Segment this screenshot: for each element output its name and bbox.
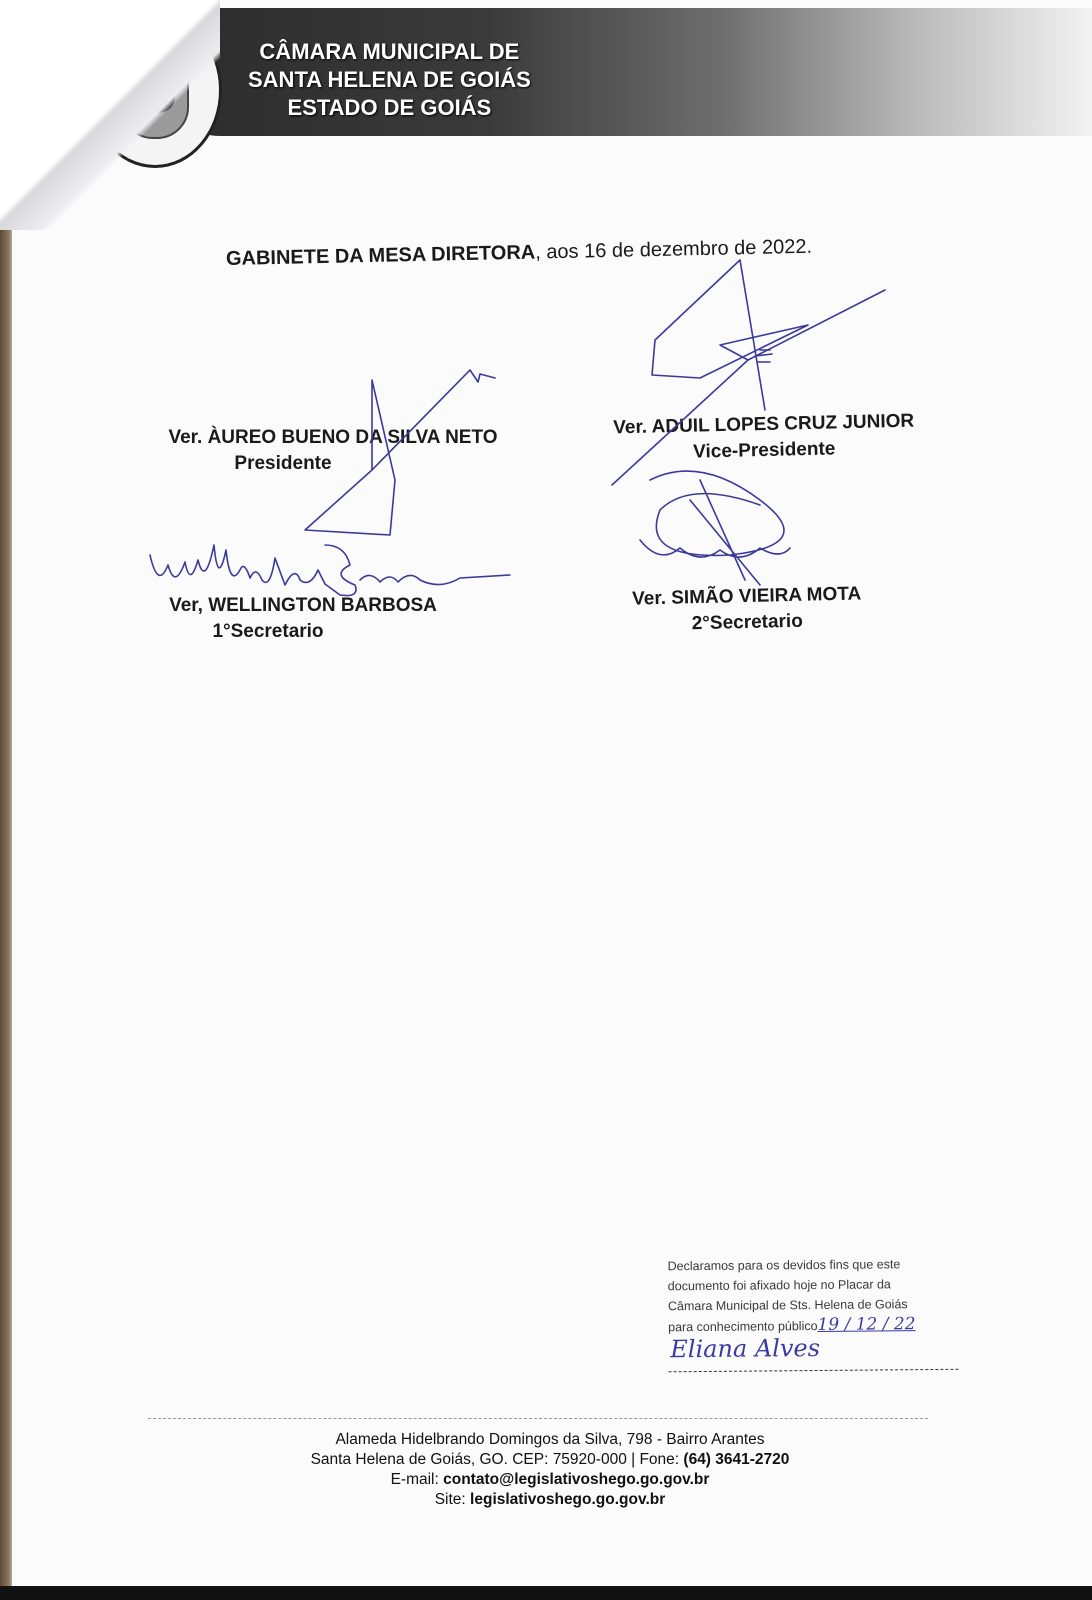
stamp-signature-line: Eliana Alves: [668, 1335, 958, 1373]
header-title-line2: SANTA HELENA DE GOIÁS: [248, 66, 531, 94]
footer-email-line: E-mail: contato@legislativoshego.go.gov.…: [200, 1470, 900, 1490]
footer-divider: [148, 1418, 928, 1419]
stamp-line3: Câmara Municipal de Sts. Helena de Goiás: [668, 1294, 968, 1317]
bottom-edge: [0, 1586, 1092, 1600]
footer-address-city: Santa Helena de Goiás, GO. CEP: 75920-00…: [311, 1451, 684, 1468]
header-title-line3: ESTADO DE GOIÁS: [248, 94, 531, 122]
stamp-line1: Declaramos para os devidos fins que este: [667, 1254, 967, 1277]
footer-site-line: Site: legislativoshego.go.gov.br: [200, 1490, 900, 1510]
header-title-line1: CÂMARA MUNICIPAL DE: [248, 38, 531, 66]
bird-icon: [135, 31, 165, 59]
dateline-date: , aos 16 de dezembro de 2022.: [535, 236, 812, 264]
signatory-role: Presidente: [158, 451, 508, 477]
stamp-line4-text: para conhecimento público: [668, 1319, 818, 1334]
stamp-line2: documento foi afixado hoje no Placar da: [668, 1274, 968, 1297]
signatory-second-secretary: Ver. SIMÃO VIEIRA MOTA 2°Secretario: [621, 581, 872, 639]
signatory-president: Ver. ÀUREO BUENO DA SILVA NETO President…: [158, 425, 508, 477]
footer-phone: (64) 3641-2720: [683, 1451, 789, 1468]
footer-address-line2: Santa Helena de Goiás, GO. CEP: 75920-00…: [200, 1450, 900, 1470]
shield-icon: [121, 55, 189, 139]
footer: Alameda Hidelbrando Domingos da Silva, 7…: [200, 1430, 900, 1510]
brazil-map-icon: [137, 79, 175, 113]
signatory-role: 1°Secretario: [158, 619, 448, 645]
signatory-vice-president: Ver. ADUIL LOPES CRUZ JUNIOR Vice-Presid…: [603, 408, 924, 467]
municipal-coat-of-arms-icon: LEGISLATIVO MUNICIPAL: [88, 12, 222, 168]
footer-address-line1: Alameda Hidelbrando Domingos da Silva, 7…: [200, 1430, 900, 1450]
stamp-date: 19 / 12 / 22: [817, 1314, 915, 1335]
footer-email[interactable]: contato@legislativoshego.go.gov.br: [443, 1471, 709, 1488]
footer-email-label: E-mail:: [391, 1471, 444, 1488]
posting-stamp: Declaramos para os devidos fins que este…: [667, 1254, 968, 1373]
signatory-name: Ver. ÀUREO BUENO DA SILVA NETO: [158, 425, 508, 451]
footer-site-label: Site:: [435, 1491, 470, 1508]
footer-site[interactable]: legislativoshego.go.gov.br: [470, 1491, 665, 1508]
header-title: CÂMARA MUNICIPAL DE SANTA HELENA DE GOIÁ…: [248, 38, 531, 122]
stamp-signature: Eliana Alves: [670, 1338, 820, 1359]
signatory-name: Ver, WELLINGTON BARBOSA: [158, 593, 448, 619]
signatory-first-secretary: Ver, WELLINGTON BARBOSA 1°Secretario: [158, 593, 448, 645]
